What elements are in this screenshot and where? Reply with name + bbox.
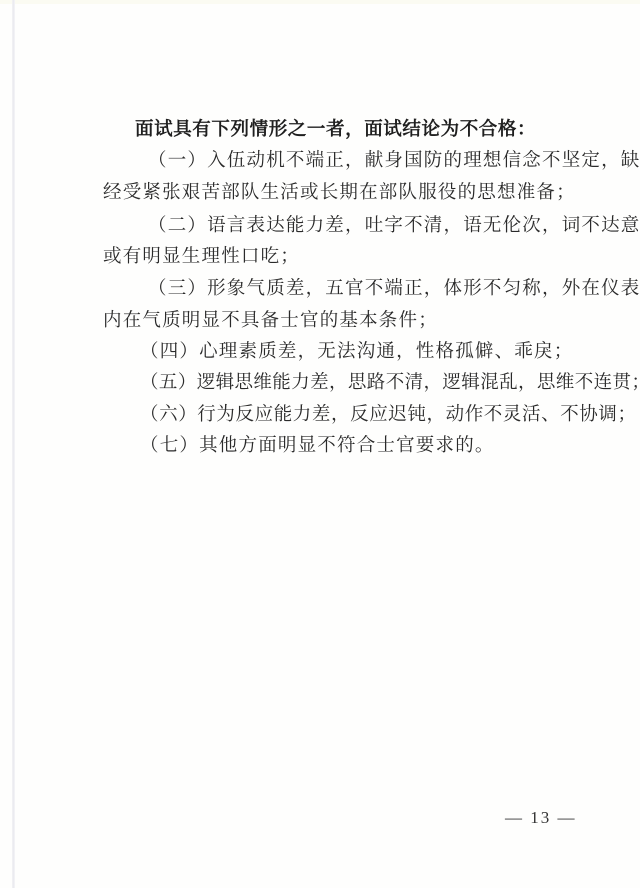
item-2-line-1: （二）语言表达能力差，吐字不清，语无伦次，词不达意，: [148, 215, 640, 237]
item-3-line-2: 内在气质明显不具备士官的基本条件；: [103, 310, 438, 332]
page-number: — 13 —: [505, 808, 577, 828]
item-5: （五）逻辑思维能力差，思路不清，逻辑混乱，思维不连贯；: [140, 372, 640, 394]
item-7: （七）其他方面明显不符合士官要求的。: [140, 435, 495, 457]
item-4: （四）心理素质差，无法沟通，性格孤僻、乖戾；: [140, 341, 573, 363]
item-1-line-1: （一）入伍动机不端正，献身国防的理想信念不坚定，缺乏: [148, 150, 640, 172]
item-6: （六）行为反应能力差，反应迟钝，动作不灵活、不协调；: [140, 404, 637, 426]
document-page: 面试具有下列情形之一者，面试结论为不合格： （一）入伍动机不端正，献身国防的理想…: [0, 0, 640, 888]
item-3-line-1: （三）形象气质差，五官不端正，体形不匀称，外在仪表和: [148, 278, 640, 300]
item-2-line-2: 或有明显生理性口吃；: [103, 246, 300, 268]
document-heading: 面试具有下列情形之一者，面试结论为不合格：: [135, 119, 536, 141]
item-1-line-2: 经受紧张艰苦部队生活或长期在部队服役的思想准备；: [103, 182, 576, 204]
